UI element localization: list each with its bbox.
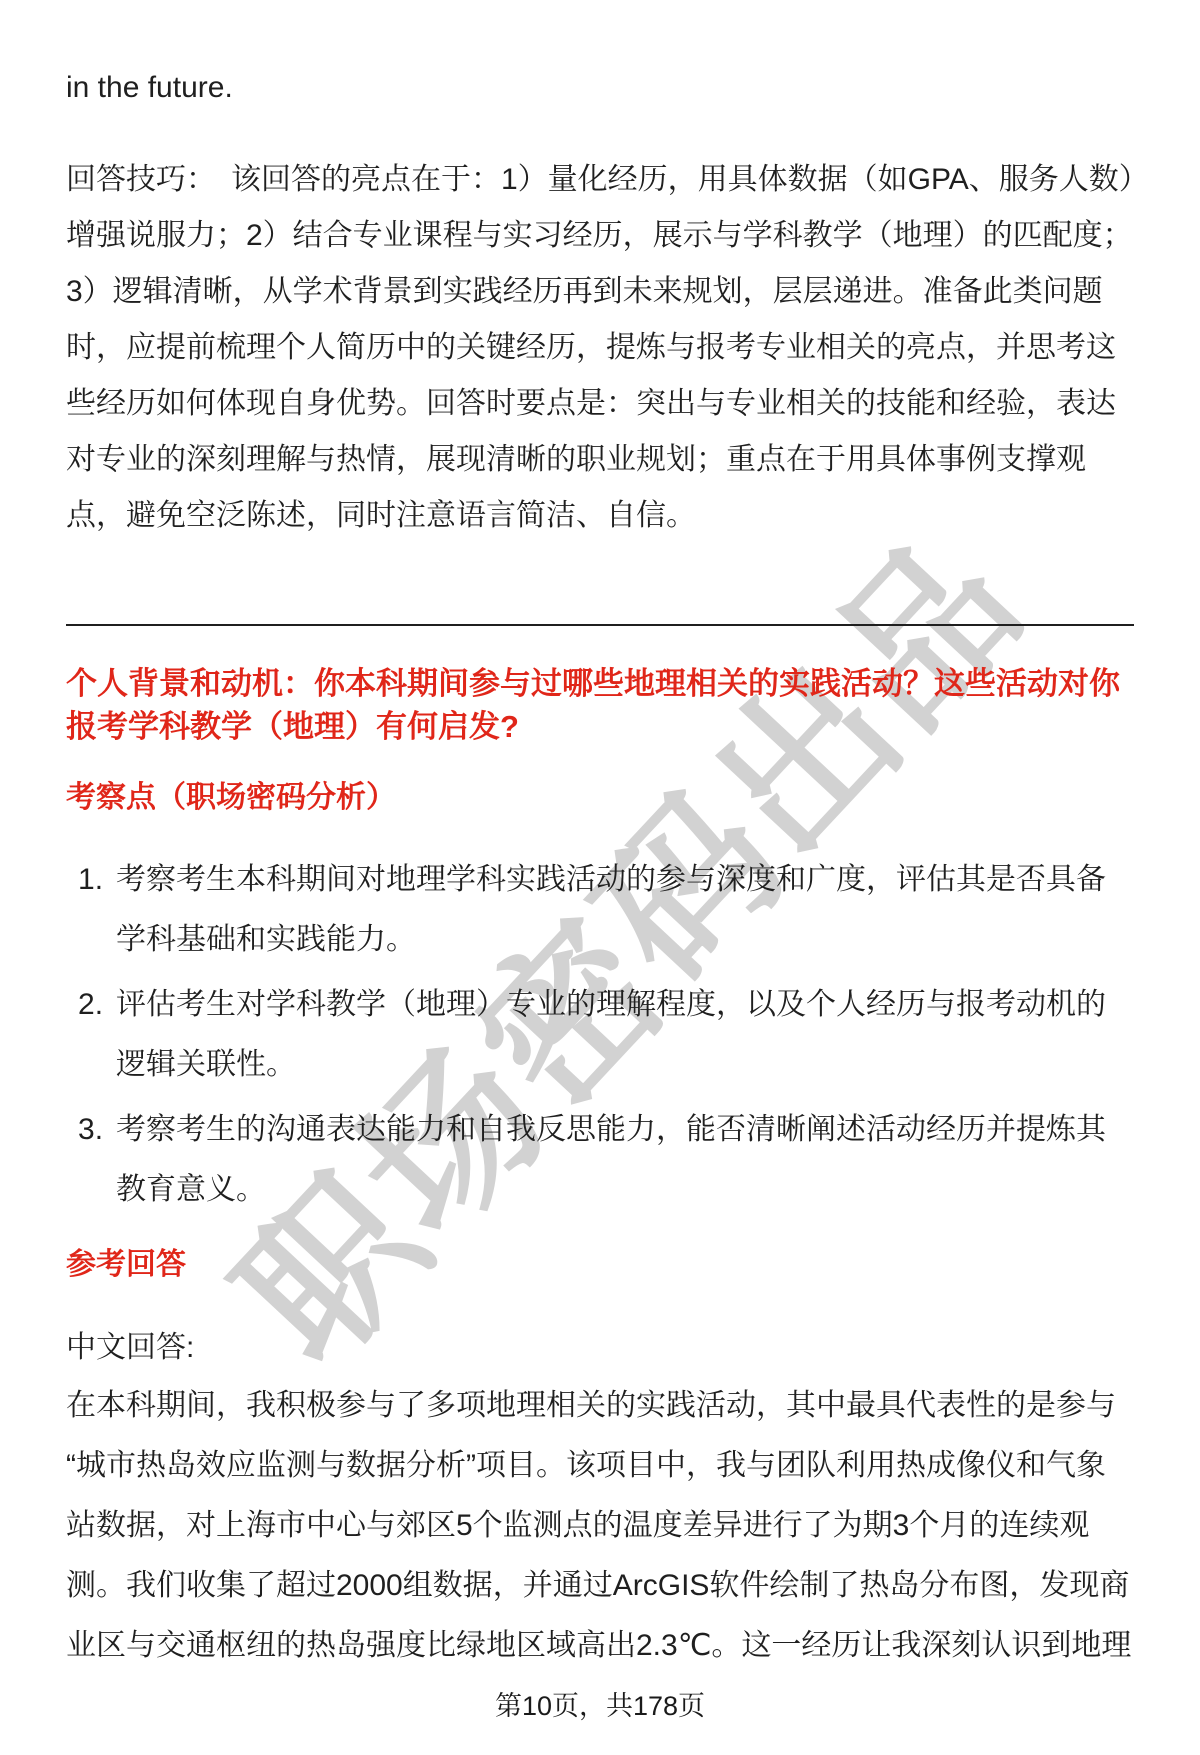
reference-answer-heading: 参考回答	[66, 1245, 1134, 1285]
english-sentence-tail: in the future.	[66, 0, 1134, 108]
analysis-point-3: 考察考生的沟通表达能力和自我反思能力，能否清晰阐述活动经历并提炼其教育意义。	[66, 1100, 1134, 1220]
document-page: 职场密码出品 in the future. 回答技巧： 该回答的亮点在于：1）量…	[0, 0, 1200, 1755]
answer-paragraph: 在本科期间，我积极参与了多项地理相关的实践活动，其中最具代表性的是参与“城市热岛…	[66, 1376, 1134, 1676]
section-divider	[66, 624, 1134, 626]
page-content: in the future. 回答技巧： 该回答的亮点在于：1）量化经历，用具体…	[0, 0, 1200, 1676]
answer-language-label: 中文回答:	[66, 1328, 1134, 1368]
question-title: 个人背景和动机：你本科期间参与过哪些地理相关的实践活动？这些活动对你报考学科教学…	[66, 662, 1134, 748]
page-footer-indicator: 第10页，共178页	[0, 1688, 1200, 1724]
analysis-heading: 考察点（职场密码分析）	[66, 778, 1134, 818]
analysis-point-2: 评估考生对学科教学（地理）专业的理解程度，以及个人经历与报考动机的逻辑关联性。	[66, 975, 1134, 1095]
answer-tips-paragraph: 回答技巧： 该回答的亮点在于：1）量化经历，用具体数据（如GPA、服务人数）增强…	[66, 152, 1134, 544]
analysis-point-1: 考察考生本科期间对地理学科实践活动的参与深度和广度，评估其是否具备学科基础和实践…	[66, 850, 1134, 970]
analysis-points-list: 考察考生本科期间对地理学科实践活动的参与深度和广度，评估其是否具备学科基础和实践…	[66, 850, 1134, 1220]
